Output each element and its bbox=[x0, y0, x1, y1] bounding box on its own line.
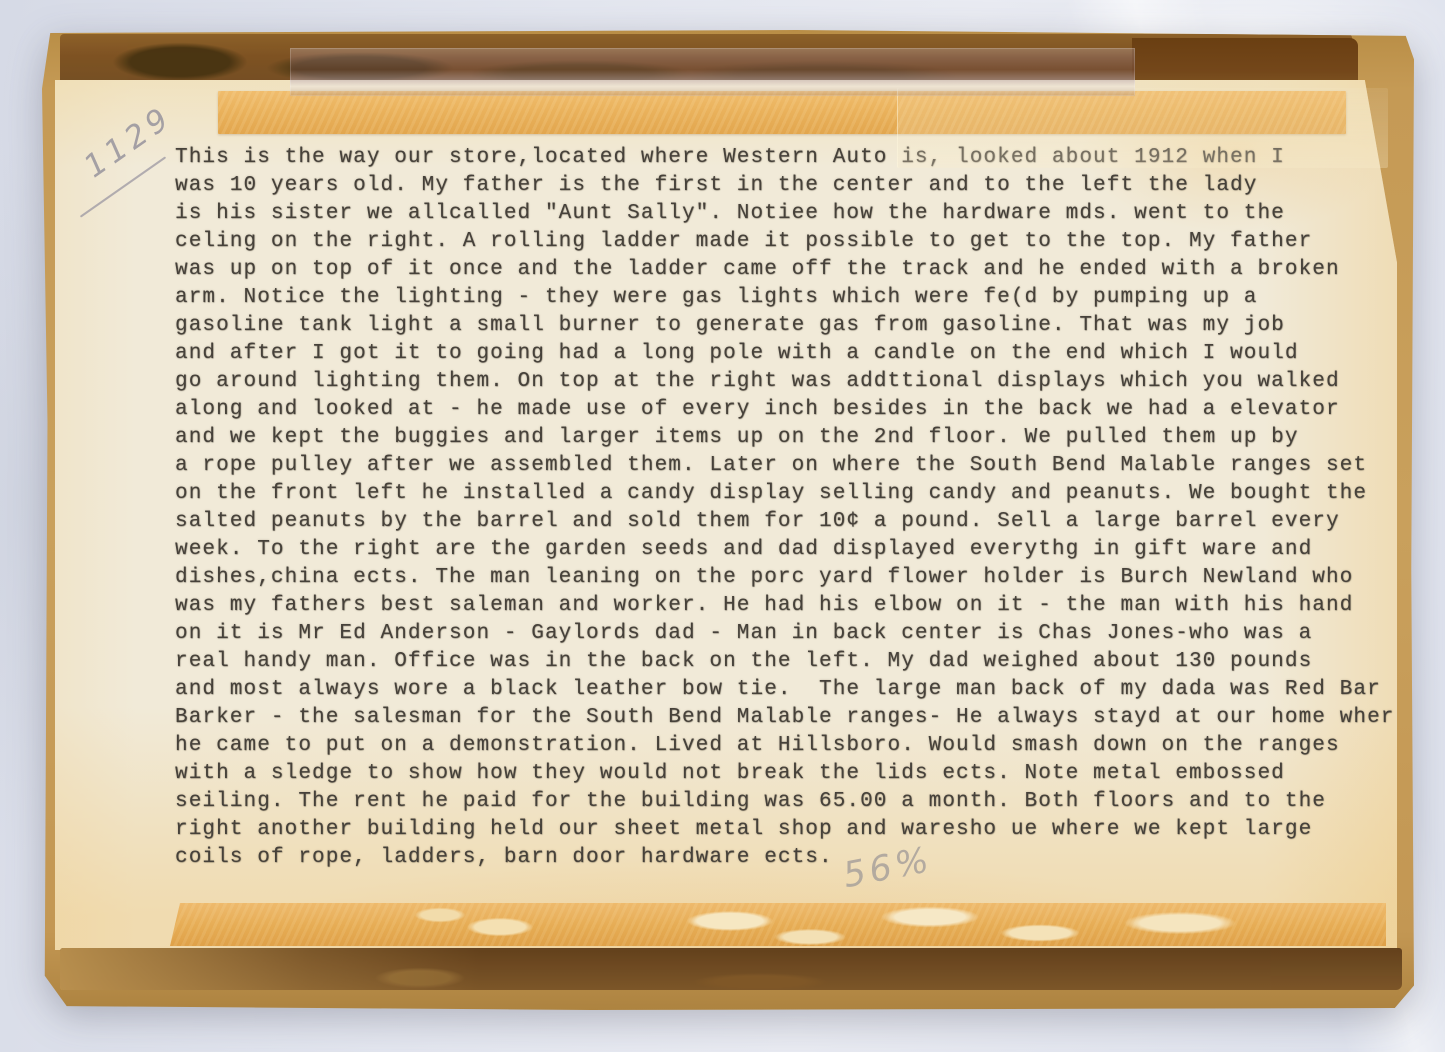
typed-line: he came to put on a demonstration. Lived… bbox=[175, 732, 1397, 760]
masking-tape-bottom bbox=[170, 903, 1386, 946]
typed-line: a rope pulley after we assembled them. L… bbox=[175, 452, 1397, 480]
typed-line: was up on top of it once and the ladder … bbox=[175, 256, 1397, 284]
typed-line: with a sledge to show how they would not… bbox=[175, 760, 1397, 788]
typed-line: salted peanuts by the barrel and sold th… bbox=[175, 508, 1397, 536]
typed-line: is his sister we allcalled "Aunt Sally".… bbox=[175, 200, 1397, 228]
typed-line: Barker - the salesman for the South Bend… bbox=[175, 704, 1397, 732]
photo-backdrop: { "photo_back": { "handwritten_number": … bbox=[0, 0, 1445, 1052]
typed-line: arm. Notice the lighting - they were gas… bbox=[175, 284, 1397, 312]
typed-text: This is the way our store,located where … bbox=[175, 144, 1397, 872]
typed-line: and we kept the buggies and larger items… bbox=[175, 424, 1397, 452]
typed-line: dishes,china ects. The man leaning on th… bbox=[175, 564, 1397, 592]
typed-line: real handy man. Office was in the back o… bbox=[175, 648, 1397, 676]
typed-line: celing on the right. A rolling ladder ma… bbox=[175, 228, 1397, 256]
masking-tape-top-pale-layer bbox=[897, 88, 1388, 168]
typed-line: on the front left he installed a candy d… bbox=[175, 480, 1397, 508]
typed-line: right another building held our sheet me… bbox=[175, 816, 1397, 844]
card-bottom-grime-fade bbox=[60, 948, 480, 990]
note-paper: 1129 This is the way our store,located w… bbox=[55, 80, 1397, 950]
typed-line: and after I got it to going had a long p… bbox=[175, 340, 1397, 368]
typed-line: coils of rope, ladders, barn door hardwa… bbox=[175, 844, 1397, 872]
typed-line: week. To the right are the garden seeds … bbox=[175, 536, 1397, 564]
photo-card-back: 1129 This is the way our store,located w… bbox=[42, 30, 1414, 1010]
typed-line: go around lighting them. On top at the r… bbox=[175, 368, 1397, 396]
typed-line: along and looked at - he made use of eve… bbox=[175, 396, 1397, 424]
typed-line: seiling. The rent he paid for the buildi… bbox=[175, 788, 1397, 816]
handwritten-number: 1129 bbox=[78, 99, 180, 185]
typed-line: and most always wore a black leather bow… bbox=[175, 676, 1397, 704]
typed-line: was my fathers best saleman and worker. … bbox=[175, 592, 1397, 620]
typed-line: on it is Mr Ed Anderson - Gaylords dad -… bbox=[175, 620, 1397, 648]
typed-line: gasoline tank light a small burner to ge… bbox=[175, 312, 1397, 340]
typed-line: was 10 years old. My father is the first… bbox=[175, 172, 1397, 200]
glossy-tape bbox=[290, 48, 1135, 96]
